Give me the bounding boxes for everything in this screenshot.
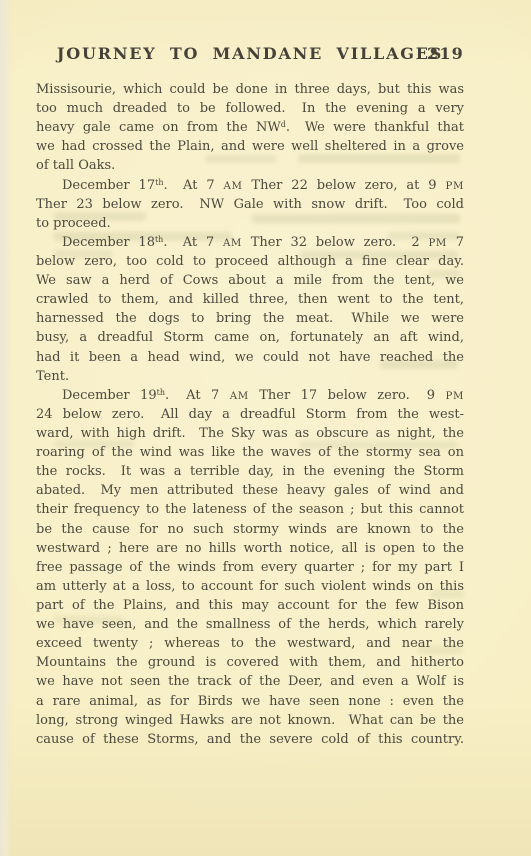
text-line: roaring of the wind was like the waves o… xyxy=(36,443,464,462)
text-line: cause of these Storms, and the severe co… xyxy=(36,730,464,749)
text-line: am utterly at a loss, to account for suc… xyxy=(36,577,464,596)
text-line: 24 below zero. All day a dreadful Storm … xyxy=(36,405,464,424)
text-line: abated. My men attributed these heavy ga… xyxy=(36,481,464,500)
text-line: December 19th. At 7 AM Ther 17 below zer… xyxy=(36,386,464,405)
text-line: Mountains the ground is covered with the… xyxy=(36,653,464,672)
text-line: We saw a herd of Cows about a mile from … xyxy=(36,271,464,290)
scan-left-edge xyxy=(0,0,12,856)
text-line: part of the Plains, and this may account… xyxy=(36,596,464,615)
book-page-scan: JOURNEY TO MANDANE VILLAGES 219 Missisou… xyxy=(0,0,531,856)
text-line: Ther 23 below zero. NW Gale with snow dr… xyxy=(36,195,464,214)
text-line: busy, a dreadful Storm came on, fortunat… xyxy=(36,328,464,347)
text-line: we have not seen the track of the Deer, … xyxy=(36,672,464,691)
text-line: December 17th. At 7 AM Ther 22 below zer… xyxy=(36,176,464,195)
text-line: to proceed. xyxy=(36,214,464,233)
text-line: December 18th. At 7 AM Ther 32 below zer… xyxy=(36,233,464,252)
text-line: westward ; here are no hills worth notic… xyxy=(36,539,464,558)
text-line: below zero, too cold to proceed although… xyxy=(36,252,464,271)
text-line: exceed twenty ; whereas to the westward,… xyxy=(36,634,464,653)
text-line: be the cause for no such stormy winds ar… xyxy=(36,520,464,539)
text-line: free passage of the winds from every qua… xyxy=(36,558,464,577)
text-line: crawled to them, and killed three, then … xyxy=(36,290,464,309)
text-line: ward, with high drift. The Sky was as ob… xyxy=(36,424,464,443)
text-line: heavy gale came on from the NWd. We were… xyxy=(36,118,464,137)
text-line: Tent. xyxy=(36,367,464,386)
text-line: of tall Oaks. xyxy=(36,156,464,175)
text-line: harnessed the dogs to bring the meat. Wh… xyxy=(36,309,464,328)
text-line: a rare animal, as for Birds we have seen… xyxy=(36,692,464,711)
text-line: too much dreaded to be followed. In the … xyxy=(36,99,464,118)
text-line: the rocks. It was a terrible day, in the… xyxy=(36,462,464,481)
text-line: had it been a head wind, we could not ha… xyxy=(36,348,464,367)
text-line: their frequency to the lateness of the s… xyxy=(36,500,464,519)
text-line: we had crossed the Plain, and were well … xyxy=(36,137,464,156)
page-body: Missisourie, which could be done in thre… xyxy=(36,80,464,749)
running-head: JOURNEY TO MANDANE VILLAGES 219 xyxy=(36,45,464,65)
text-line: Missisourie, which could be done in thre… xyxy=(36,80,464,99)
running-title: JOURNEY TO MANDANE VILLAGES xyxy=(57,44,443,63)
page-number: 219 xyxy=(427,45,464,63)
text-line: we have seen, and the smallness of the h… xyxy=(36,615,464,634)
text-line: long, strong winged Hawks are not known.… xyxy=(36,711,464,730)
